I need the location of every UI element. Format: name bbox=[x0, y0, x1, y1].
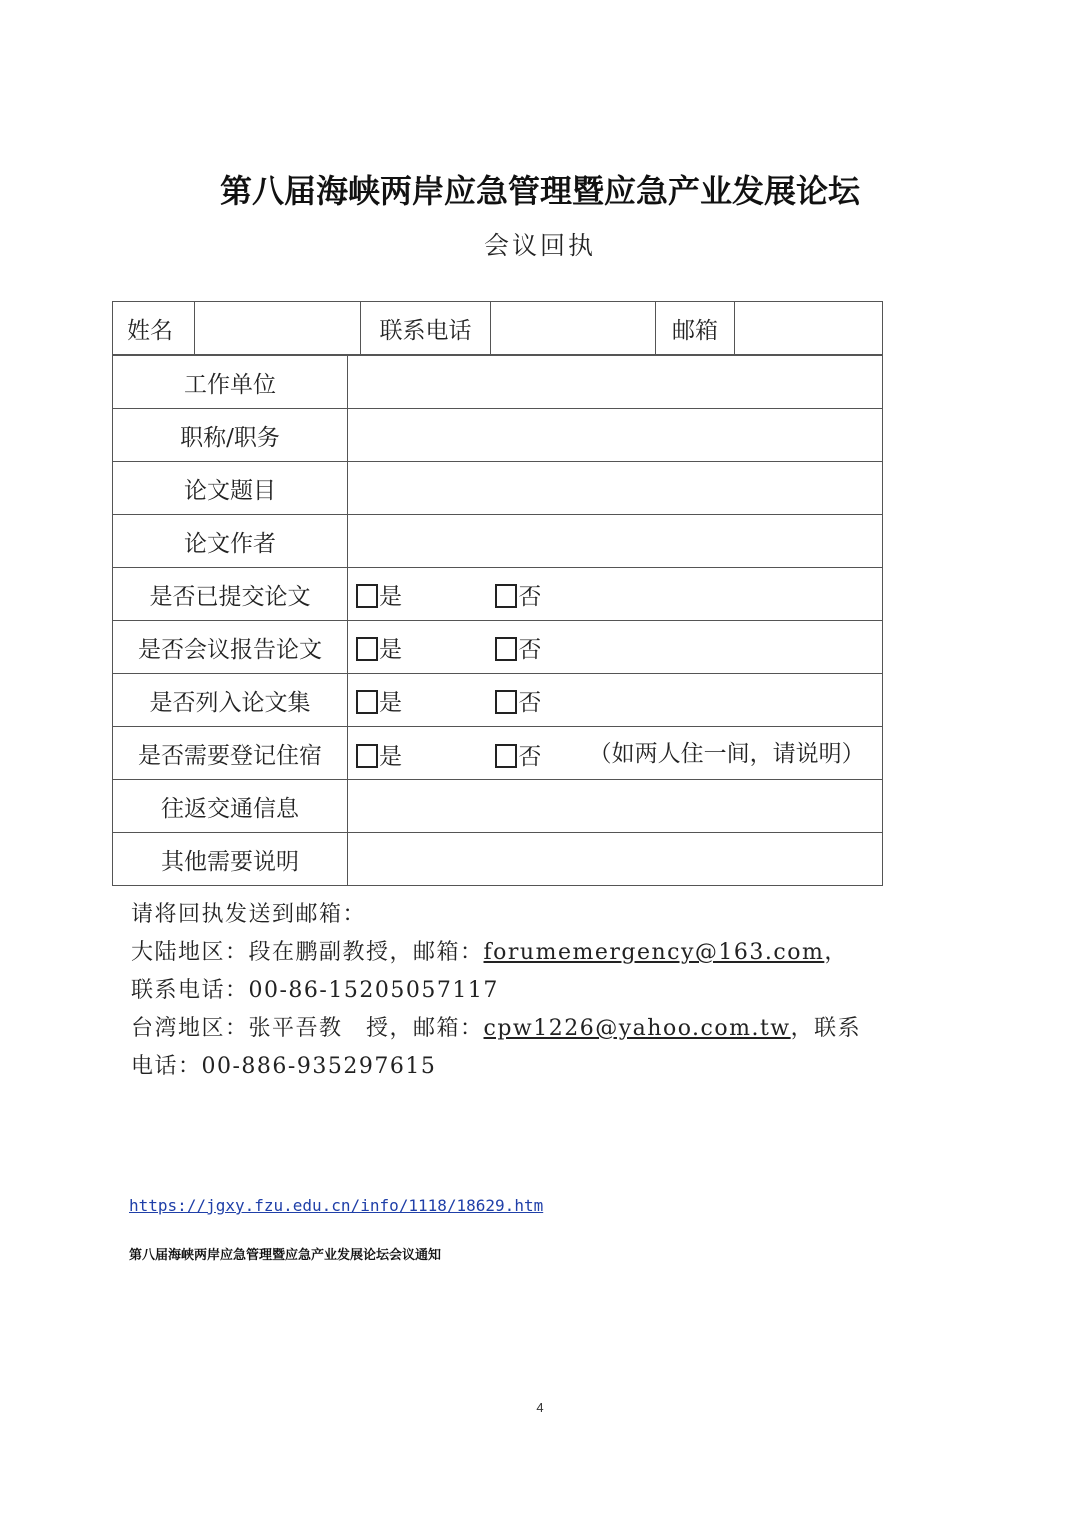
registration-form-table: 姓名 联系电话 邮箱 bbox=[112, 301, 883, 355]
registration-form-body: 工作单位 职称/职务 论文题目 论文作者 是否已提交论文 是 否 是否会议报告论… bbox=[112, 355, 883, 886]
form-row-transport: 往返交通信息 bbox=[113, 780, 883, 833]
paper-presented-label: 是否会议报告论文 bbox=[113, 621, 348, 674]
paper-submitted-yes[interactable]: 是 bbox=[356, 578, 402, 611]
paper-author-field[interactable] bbox=[348, 515, 883, 568]
document-subtitle: 会议回执 bbox=[0, 226, 1080, 262]
paper-author-label: 论文作者 bbox=[113, 515, 348, 568]
checkbox-icon[interactable] bbox=[495, 690, 517, 714]
form-row-title: 职称/职务 bbox=[113, 409, 883, 462]
accommodation-yes[interactable]: 是 bbox=[356, 738, 402, 771]
form-row-other: 其他需要说明 bbox=[113, 833, 883, 886]
proceedings-label: 是否列入论文集 bbox=[113, 674, 348, 727]
accommodation-no[interactable]: 否 bbox=[495, 738, 541, 771]
other-notes-label: 其他需要说明 bbox=[113, 833, 348, 886]
paper-title-field[interactable] bbox=[348, 462, 883, 515]
form-row-paper-submitted: 是否已提交论文 是 否 bbox=[113, 568, 883, 621]
form-row-organization: 工作单位 bbox=[113, 356, 883, 409]
form-row-proceedings: 是否列入论文集 是 否 bbox=[113, 674, 883, 727]
name-label: 姓名 bbox=[113, 302, 195, 355]
email-label: 邮箱 bbox=[656, 302, 735, 355]
checkbox-icon[interactable] bbox=[356, 637, 378, 661]
form-row-accommodation: 是否需要登记住宿 是 否 （如两人住一间，请说明） bbox=[113, 727, 883, 780]
other-notes-field[interactable] bbox=[348, 833, 883, 886]
organization-label: 工作单位 bbox=[113, 356, 348, 409]
yes-label: 是 bbox=[379, 637, 402, 663]
checkbox-icon[interactable] bbox=[356, 584, 378, 608]
checkbox-icon[interactable] bbox=[356, 744, 378, 768]
submission-notes: 请将回执发送到邮箱： 大陆地区：段在鹏副教授，邮箱：forumemergency… bbox=[131, 896, 871, 1086]
paper-title-label: 论文题目 bbox=[113, 462, 348, 515]
document-caption: 第八届海峡两岸应急管理暨应急产业发展论坛会议通知 bbox=[129, 1244, 441, 1263]
mainland-email-link[interactable]: forumemergency@163.com bbox=[484, 940, 825, 965]
checkbox-icon[interactable] bbox=[495, 744, 517, 768]
phone-field[interactable] bbox=[491, 302, 656, 355]
no-label: 否 bbox=[518, 690, 541, 716]
paper-submitted-options: 是 否 bbox=[348, 568, 883, 621]
checkbox-icon[interactable] bbox=[495, 584, 517, 608]
page-number: 4 bbox=[0, 1400, 1080, 1415]
mainland-contact: 大陆地区：段在鹏副教授，邮箱：forumemergency@163.com，联系… bbox=[131, 934, 871, 1010]
source-url-link[interactable]: https://jgxy.fzu.edu.cn/info/1118/18629.… bbox=[129, 1196, 543, 1215]
accommodation-label: 是否需要登记住宿 bbox=[113, 727, 348, 780]
paper-submitted-label: 是否已提交论文 bbox=[113, 568, 348, 621]
transport-field[interactable] bbox=[348, 780, 883, 833]
job-title-field[interactable] bbox=[348, 409, 883, 462]
form-row-paper-title: 论文题目 bbox=[113, 462, 883, 515]
paper-submitted-no[interactable]: 否 bbox=[495, 578, 541, 611]
taiwan-email-link[interactable]: cpw1226@yahoo.com.tw bbox=[484, 1016, 791, 1041]
taiwan-contact: 台湾地区：张平吾教 授，邮箱：cpw1226@yahoo.com.tw，联系电话… bbox=[131, 1010, 871, 1086]
document-title: 第八届海峡两岸应急管理暨应急产业发展论坛 bbox=[0, 166, 1080, 212]
transport-label: 往返交通信息 bbox=[113, 780, 348, 833]
accommodation-note: （如两人住一间，请说明） bbox=[589, 741, 865, 767]
organization-field[interactable] bbox=[348, 356, 883, 409]
no-label: 否 bbox=[518, 637, 541, 663]
name-field[interactable] bbox=[195, 302, 361, 355]
proceedings-no[interactable]: 否 bbox=[495, 684, 541, 717]
yes-label: 是 bbox=[379, 584, 402, 610]
form-row-contact: 姓名 联系电话 邮箱 bbox=[113, 302, 883, 355]
yes-label: 是 bbox=[379, 744, 402, 770]
form-row-paper-presented: 是否会议报告论文 是 否 bbox=[113, 621, 883, 674]
email-field[interactable] bbox=[735, 302, 883, 355]
mainland-contact-prefix: 大陆地区：段在鹏副教授，邮箱： bbox=[131, 940, 484, 965]
paper-presented-no[interactable]: 否 bbox=[495, 631, 541, 664]
taiwan-contact-prefix: 台湾地区：张平吾教 授，邮箱： bbox=[131, 1016, 484, 1041]
accommodation-options: 是 否 （如两人住一间，请说明） bbox=[348, 727, 883, 780]
checkbox-icon[interactable] bbox=[495, 637, 517, 661]
form-row-paper-author: 论文作者 bbox=[113, 515, 883, 568]
phone-label: 联系电话 bbox=[361, 302, 491, 355]
proceedings-options: 是 否 bbox=[348, 674, 883, 727]
paper-presented-yes[interactable]: 是 bbox=[356, 631, 402, 664]
proceedings-yes[interactable]: 是 bbox=[356, 684, 402, 717]
job-title-label: 职称/职务 bbox=[113, 409, 348, 462]
yes-label: 是 bbox=[379, 690, 402, 716]
no-label: 否 bbox=[518, 744, 541, 770]
checkbox-icon[interactable] bbox=[356, 690, 378, 714]
notes-intro: 请将回执发送到邮箱： bbox=[131, 896, 871, 934]
no-label: 否 bbox=[518, 584, 541, 610]
paper-presented-options: 是 否 bbox=[348, 621, 883, 674]
